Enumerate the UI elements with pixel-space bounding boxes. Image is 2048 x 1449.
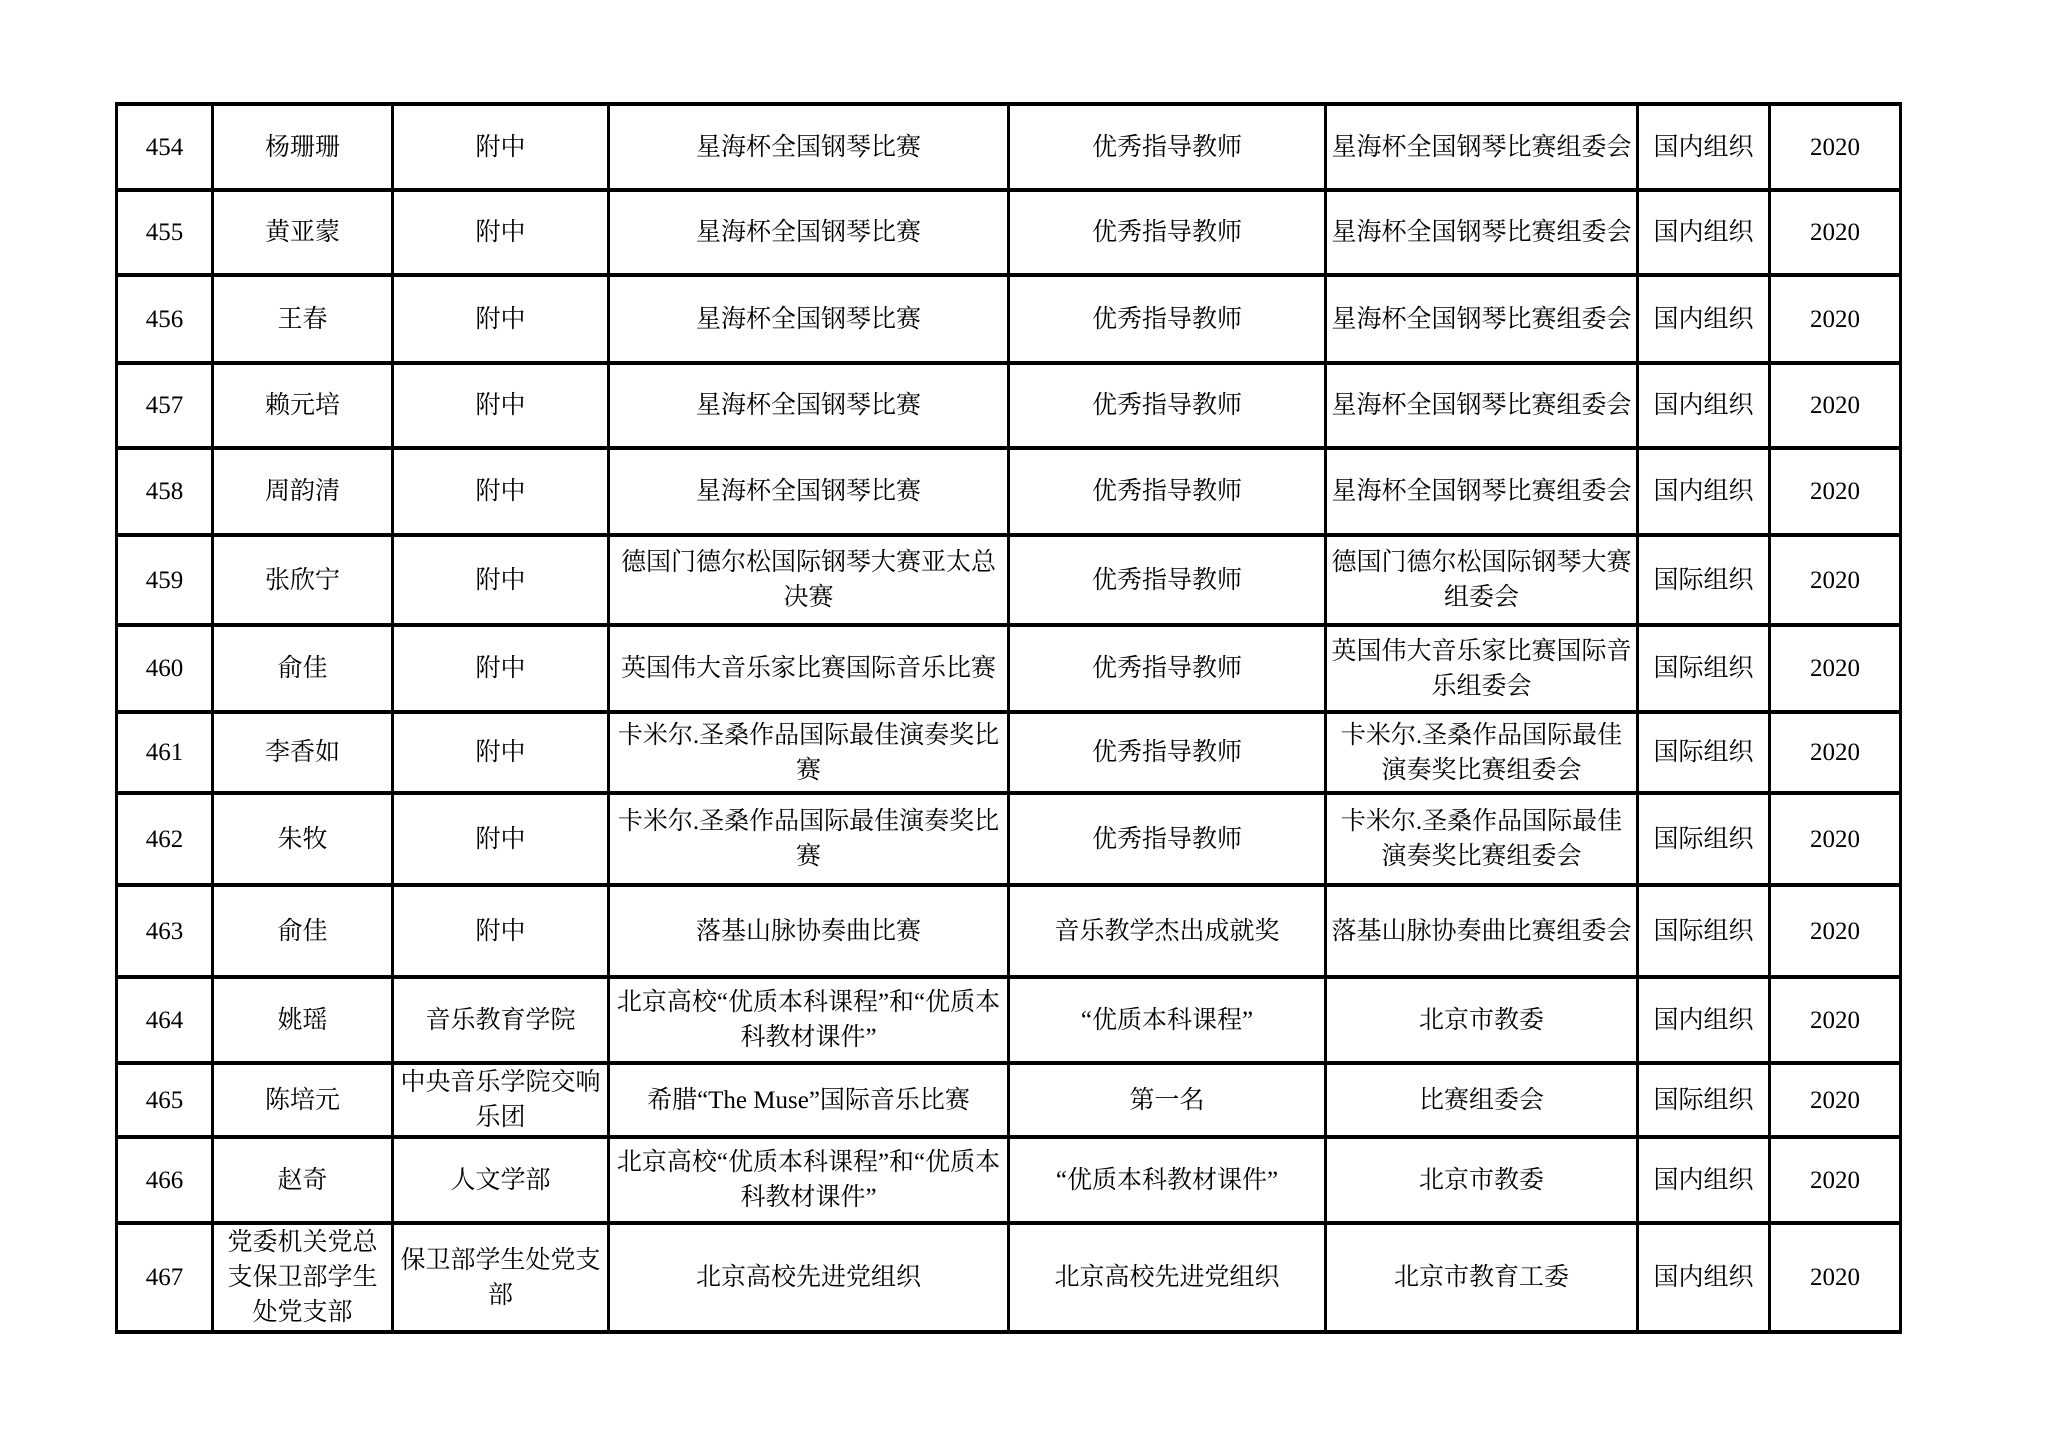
cell-award: 优秀指导教师 <box>1009 190 1326 275</box>
cell-name: 俞佳 <box>213 885 393 977</box>
cell-unit: 中央音乐学院交响乐团 <box>393 1063 609 1137</box>
cell-award: 北京高校先进党组织 <box>1009 1223 1326 1332</box>
cell-no: 459 <box>117 535 213 625</box>
cell-no: 465 <box>117 1063 213 1137</box>
cell-name: 党委机关党总支保卫部学生处党支部 <box>213 1223 393 1332</box>
cell-no: 464 <box>117 977 213 1063</box>
cell-no: 460 <box>117 625 213 712</box>
cell-award: 优秀指导教师 <box>1009 448 1326 535</box>
cell-organization: 北京市教委 <box>1326 977 1638 1063</box>
cell-no: 456 <box>117 275 213 363</box>
cell-competition: 星海杯全国钢琴比赛 <box>609 275 1009 363</box>
cell-organization: 星海杯全国钢琴比赛组委会 <box>1326 190 1638 275</box>
cell-competition: 星海杯全国钢琴比赛 <box>609 448 1009 535</box>
cell-year: 2020 <box>1770 625 1901 712</box>
cell-organization: 德国门德尔松国际钢琴大赛组委会 <box>1326 535 1638 625</box>
cell-year: 2020 <box>1770 1063 1901 1137</box>
cell-year: 2020 <box>1770 448 1901 535</box>
cell-unit: 附中 <box>393 625 609 712</box>
cell-award: 优秀指导教师 <box>1009 793 1326 885</box>
cell-year: 2020 <box>1770 977 1901 1063</box>
cell-name: 杨珊珊 <box>213 104 393 190</box>
cell-organization: 北京市教育工委 <box>1326 1223 1638 1332</box>
cell-no: 461 <box>117 712 213 793</box>
cell-organization: 落基山脉协奏曲比赛组委会 <box>1326 885 1638 977</box>
cell-year: 2020 <box>1770 104 1901 190</box>
cell-org_type: 国内组织 <box>1638 190 1770 275</box>
cell-award: 优秀指导教师 <box>1009 104 1326 190</box>
table-row: 462朱牧附中卡米尔.圣桑作品国际最佳演奏奖比赛优秀指导教师卡米尔.圣桑作品国际… <box>117 793 1901 885</box>
cell-award: 第一名 <box>1009 1063 1326 1137</box>
cell-competition: 北京高校“优质本科课程”和“优质本科教材课件” <box>609 977 1009 1063</box>
cell-org_type: 国内组织 <box>1638 448 1770 535</box>
cell-award: “优质本科教材课件” <box>1009 1137 1326 1223</box>
cell-award: “优质本科课程” <box>1009 977 1326 1063</box>
cell-unit: 附中 <box>393 104 609 190</box>
table-row: 457赖元培附中星海杯全国钢琴比赛优秀指导教师星海杯全国钢琴比赛组委会国内组织2… <box>117 363 1901 448</box>
cell-org_type: 国际组织 <box>1638 793 1770 885</box>
cell-competition: 卡米尔.圣桑作品国际最佳演奏奖比赛 <box>609 793 1009 885</box>
cell-no: 454 <box>117 104 213 190</box>
cell-name: 朱牧 <box>213 793 393 885</box>
cell-year: 2020 <box>1770 190 1901 275</box>
cell-name: 黄亚蒙 <box>213 190 393 275</box>
cell-organization: 星海杯全国钢琴比赛组委会 <box>1326 104 1638 190</box>
awards-table: 454杨珊珊附中星海杯全国钢琴比赛优秀指导教师星海杯全国钢琴比赛组委会国内组织2… <box>115 102 1902 1334</box>
cell-org_type: 国内组织 <box>1638 275 1770 363</box>
cell-name: 陈培元 <box>213 1063 393 1137</box>
cell-unit: 附中 <box>393 448 609 535</box>
cell-year: 2020 <box>1770 363 1901 448</box>
cell-unit: 附中 <box>393 793 609 885</box>
cell-award: 音乐教学杰出成就奖 <box>1009 885 1326 977</box>
table-row: 465陈培元中央音乐学院交响乐团希腊“The Muse”国际音乐比赛第一名比赛组… <box>117 1063 1901 1137</box>
table-row: 467党委机关党总支保卫部学生处党支部保卫部学生处党支部北京高校先进党组织北京高… <box>117 1223 1901 1332</box>
cell-unit: 人文学部 <box>393 1137 609 1223</box>
cell-name: 俞佳 <box>213 625 393 712</box>
table-row: 456王春附中星海杯全国钢琴比赛优秀指导教师星海杯全国钢琴比赛组委会国内组织20… <box>117 275 1901 363</box>
cell-award: 优秀指导教师 <box>1009 625 1326 712</box>
cell-award: 优秀指导教师 <box>1009 712 1326 793</box>
cell-org_type: 国际组织 <box>1638 885 1770 977</box>
cell-name: 王春 <box>213 275 393 363</box>
cell-competition: 北京高校先进党组织 <box>609 1223 1009 1332</box>
cell-award: 优秀指导教师 <box>1009 535 1326 625</box>
cell-competition: 德国门德尔松国际钢琴大赛亚太总决赛 <box>609 535 1009 625</box>
cell-name: 赖元培 <box>213 363 393 448</box>
cell-organization: 卡米尔.圣桑作品国际最佳演奏奖比赛组委会 <box>1326 793 1638 885</box>
cell-unit: 音乐教育学院 <box>393 977 609 1063</box>
cell-no: 463 <box>117 885 213 977</box>
cell-year: 2020 <box>1770 712 1901 793</box>
cell-no: 462 <box>117 793 213 885</box>
cell-competition: 落基山脉协奏曲比赛 <box>609 885 1009 977</box>
cell-competition: 星海杯全国钢琴比赛 <box>609 190 1009 275</box>
cell-name: 李香如 <box>213 712 393 793</box>
cell-organization: 星海杯全国钢琴比赛组委会 <box>1326 448 1638 535</box>
cell-competition: 星海杯全国钢琴比赛 <box>609 104 1009 190</box>
cell-no: 458 <box>117 448 213 535</box>
cell-unit: 保卫部学生处党支部 <box>393 1223 609 1332</box>
document-page: 454杨珊珊附中星海杯全国钢琴比赛优秀指导教师星海杯全国钢琴比赛组委会国内组织2… <box>0 0 2048 1449</box>
cell-organization: 比赛组委会 <box>1326 1063 1638 1137</box>
cell-org_type: 国内组织 <box>1638 1137 1770 1223</box>
cell-no: 466 <box>117 1137 213 1223</box>
cell-year: 2020 <box>1770 1137 1901 1223</box>
cell-unit: 附中 <box>393 190 609 275</box>
cell-competition: 希腊“The Muse”国际音乐比赛 <box>609 1063 1009 1137</box>
cell-year: 2020 <box>1770 275 1901 363</box>
cell-organization: 卡米尔.圣桑作品国际最佳演奏奖比赛组委会 <box>1326 712 1638 793</box>
cell-org_type: 国际组织 <box>1638 1063 1770 1137</box>
cell-unit: 附中 <box>393 275 609 363</box>
cell-organization: 北京市教委 <box>1326 1137 1638 1223</box>
table-row: 464姚瑶音乐教育学院北京高校“优质本科课程”和“优质本科教材课件”“优质本科课… <box>117 977 1901 1063</box>
cell-name: 张欣宁 <box>213 535 393 625</box>
table-row: 459张欣宁附中德国门德尔松国际钢琴大赛亚太总决赛优秀指导教师德国门德尔松国际钢… <box>117 535 1901 625</box>
cell-org_type: 国际组织 <box>1638 712 1770 793</box>
cell-award: 优秀指导教师 <box>1009 363 1326 448</box>
cell-org_type: 国内组织 <box>1638 1223 1770 1332</box>
cell-unit: 附中 <box>393 535 609 625</box>
cell-competition: 卡米尔.圣桑作品国际最佳演奏奖比赛 <box>609 712 1009 793</box>
cell-org_type: 国际组织 <box>1638 625 1770 712</box>
cell-unit: 附中 <box>393 712 609 793</box>
cell-unit: 附中 <box>393 885 609 977</box>
table-row: 454杨珊珊附中星海杯全国钢琴比赛优秀指导教师星海杯全国钢琴比赛组委会国内组织2… <box>117 104 1901 190</box>
cell-name: 赵奇 <box>213 1137 393 1223</box>
cell-year: 2020 <box>1770 535 1901 625</box>
cell-org_type: 国际组织 <box>1638 535 1770 625</box>
table-row: 466赵奇人文学部北京高校“优质本科课程”和“优质本科教材课件”“优质本科教材课… <box>117 1137 1901 1223</box>
cell-competition: 星海杯全国钢琴比赛 <box>609 363 1009 448</box>
cell-no: 457 <box>117 363 213 448</box>
cell-award: 优秀指导教师 <box>1009 275 1326 363</box>
table-row: 460俞佳附中英国伟大音乐家比赛国际音乐比赛优秀指导教师英国伟大音乐家比赛国际音… <box>117 625 1901 712</box>
cell-name: 姚瑶 <box>213 977 393 1063</box>
cell-year: 2020 <box>1770 1223 1901 1332</box>
table-row: 463俞佳附中落基山脉协奏曲比赛音乐教学杰出成就奖落基山脉协奏曲比赛组委会国际组… <box>117 885 1901 977</box>
awards-table-body: 454杨珊珊附中星海杯全国钢琴比赛优秀指导教师星海杯全国钢琴比赛组委会国内组织2… <box>117 104 1901 1332</box>
table-row: 461李香如附中卡米尔.圣桑作品国际最佳演奏奖比赛优秀指导教师卡米尔.圣桑作品国… <box>117 712 1901 793</box>
table-row: 458周韵清附中星海杯全国钢琴比赛优秀指导教师星海杯全国钢琴比赛组委会国内组织2… <box>117 448 1901 535</box>
cell-organization: 英国伟大音乐家比赛国际音乐组委会 <box>1326 625 1638 712</box>
cell-name: 周韵清 <box>213 448 393 535</box>
cell-no: 455 <box>117 190 213 275</box>
cell-organization: 星海杯全国钢琴比赛组委会 <box>1326 363 1638 448</box>
cell-year: 2020 <box>1770 885 1901 977</box>
cell-unit: 附中 <box>393 363 609 448</box>
cell-no: 467 <box>117 1223 213 1332</box>
cell-organization: 星海杯全国钢琴比赛组委会 <box>1326 275 1638 363</box>
table-row: 455黄亚蒙附中星海杯全国钢琴比赛优秀指导教师星海杯全国钢琴比赛组委会国内组织2… <box>117 190 1901 275</box>
cell-competition: 北京高校“优质本科课程”和“优质本科教材课件” <box>609 1137 1009 1223</box>
cell-year: 2020 <box>1770 793 1901 885</box>
cell-org_type: 国内组织 <box>1638 363 1770 448</box>
cell-org_type: 国内组织 <box>1638 104 1770 190</box>
cell-org_type: 国内组织 <box>1638 977 1770 1063</box>
cell-competition: 英国伟大音乐家比赛国际音乐比赛 <box>609 625 1009 712</box>
